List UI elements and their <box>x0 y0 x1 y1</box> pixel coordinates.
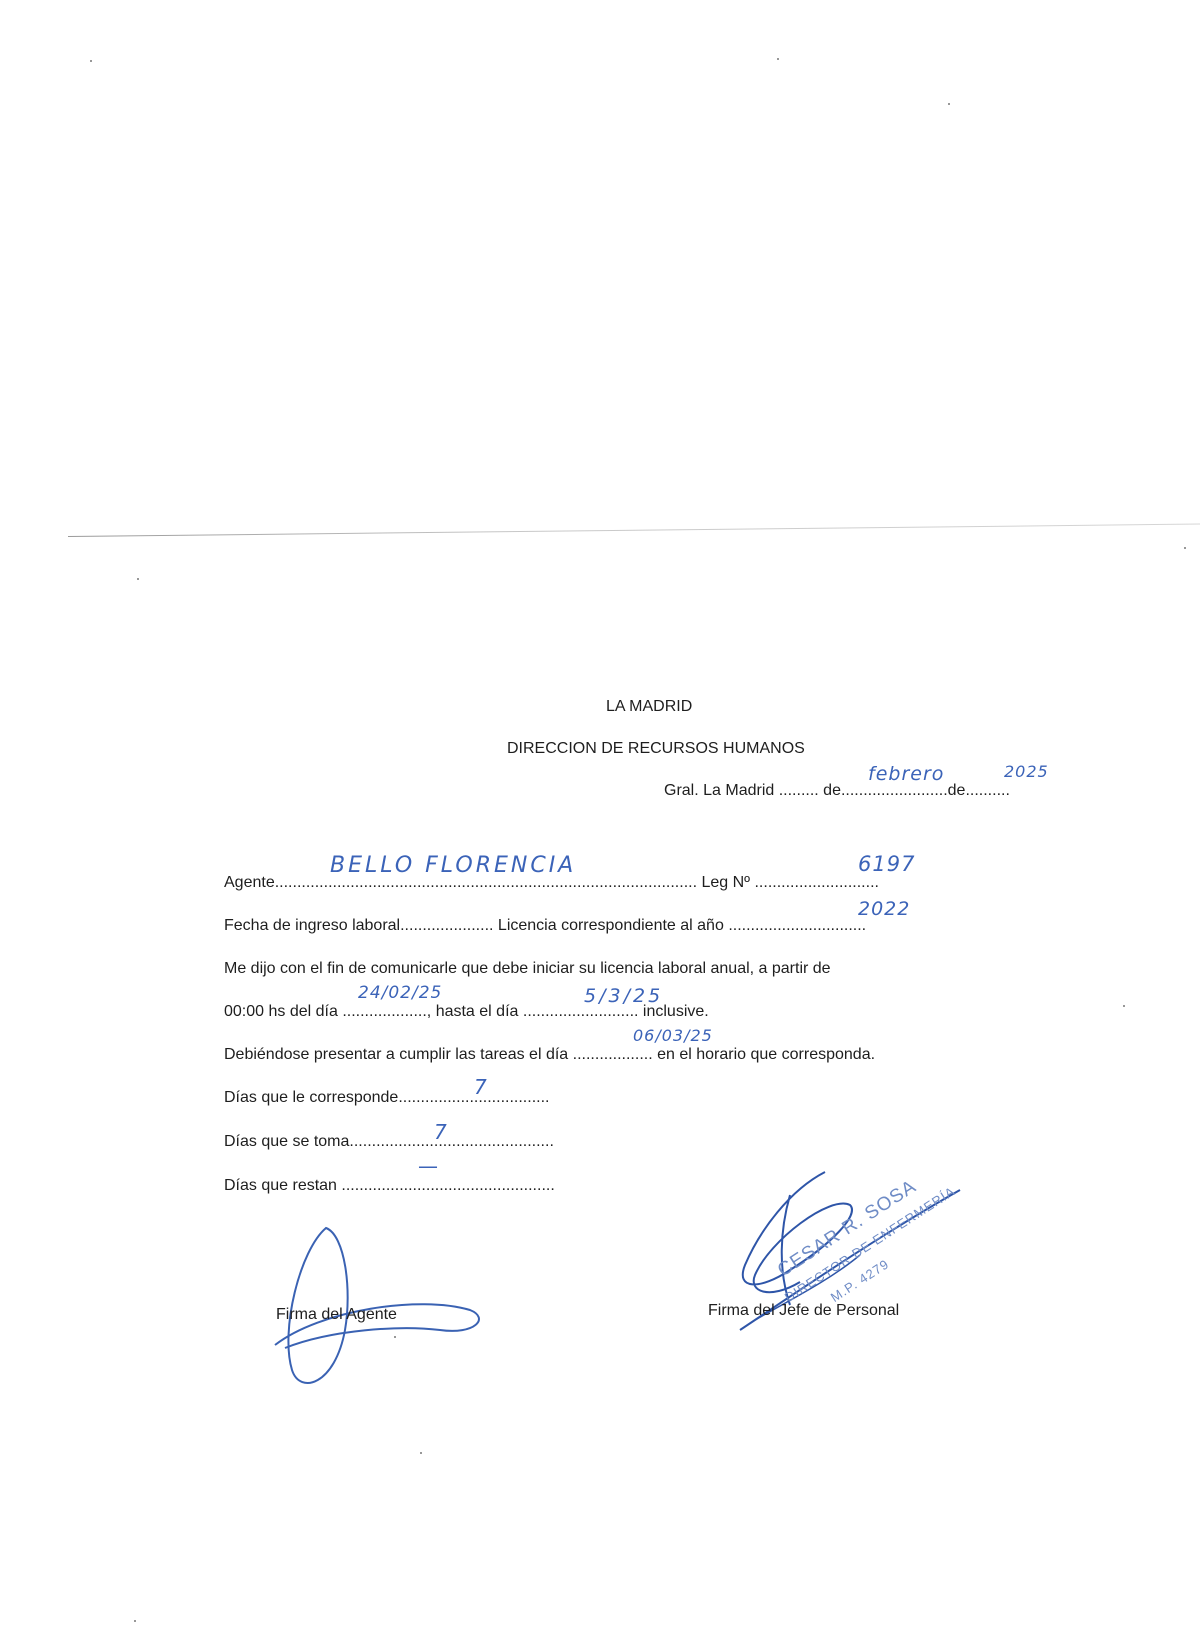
boss-signature <box>0 0 1200 1651</box>
boss-signature-label: Firma del Jefe de Personal <box>708 1302 899 1320</box>
